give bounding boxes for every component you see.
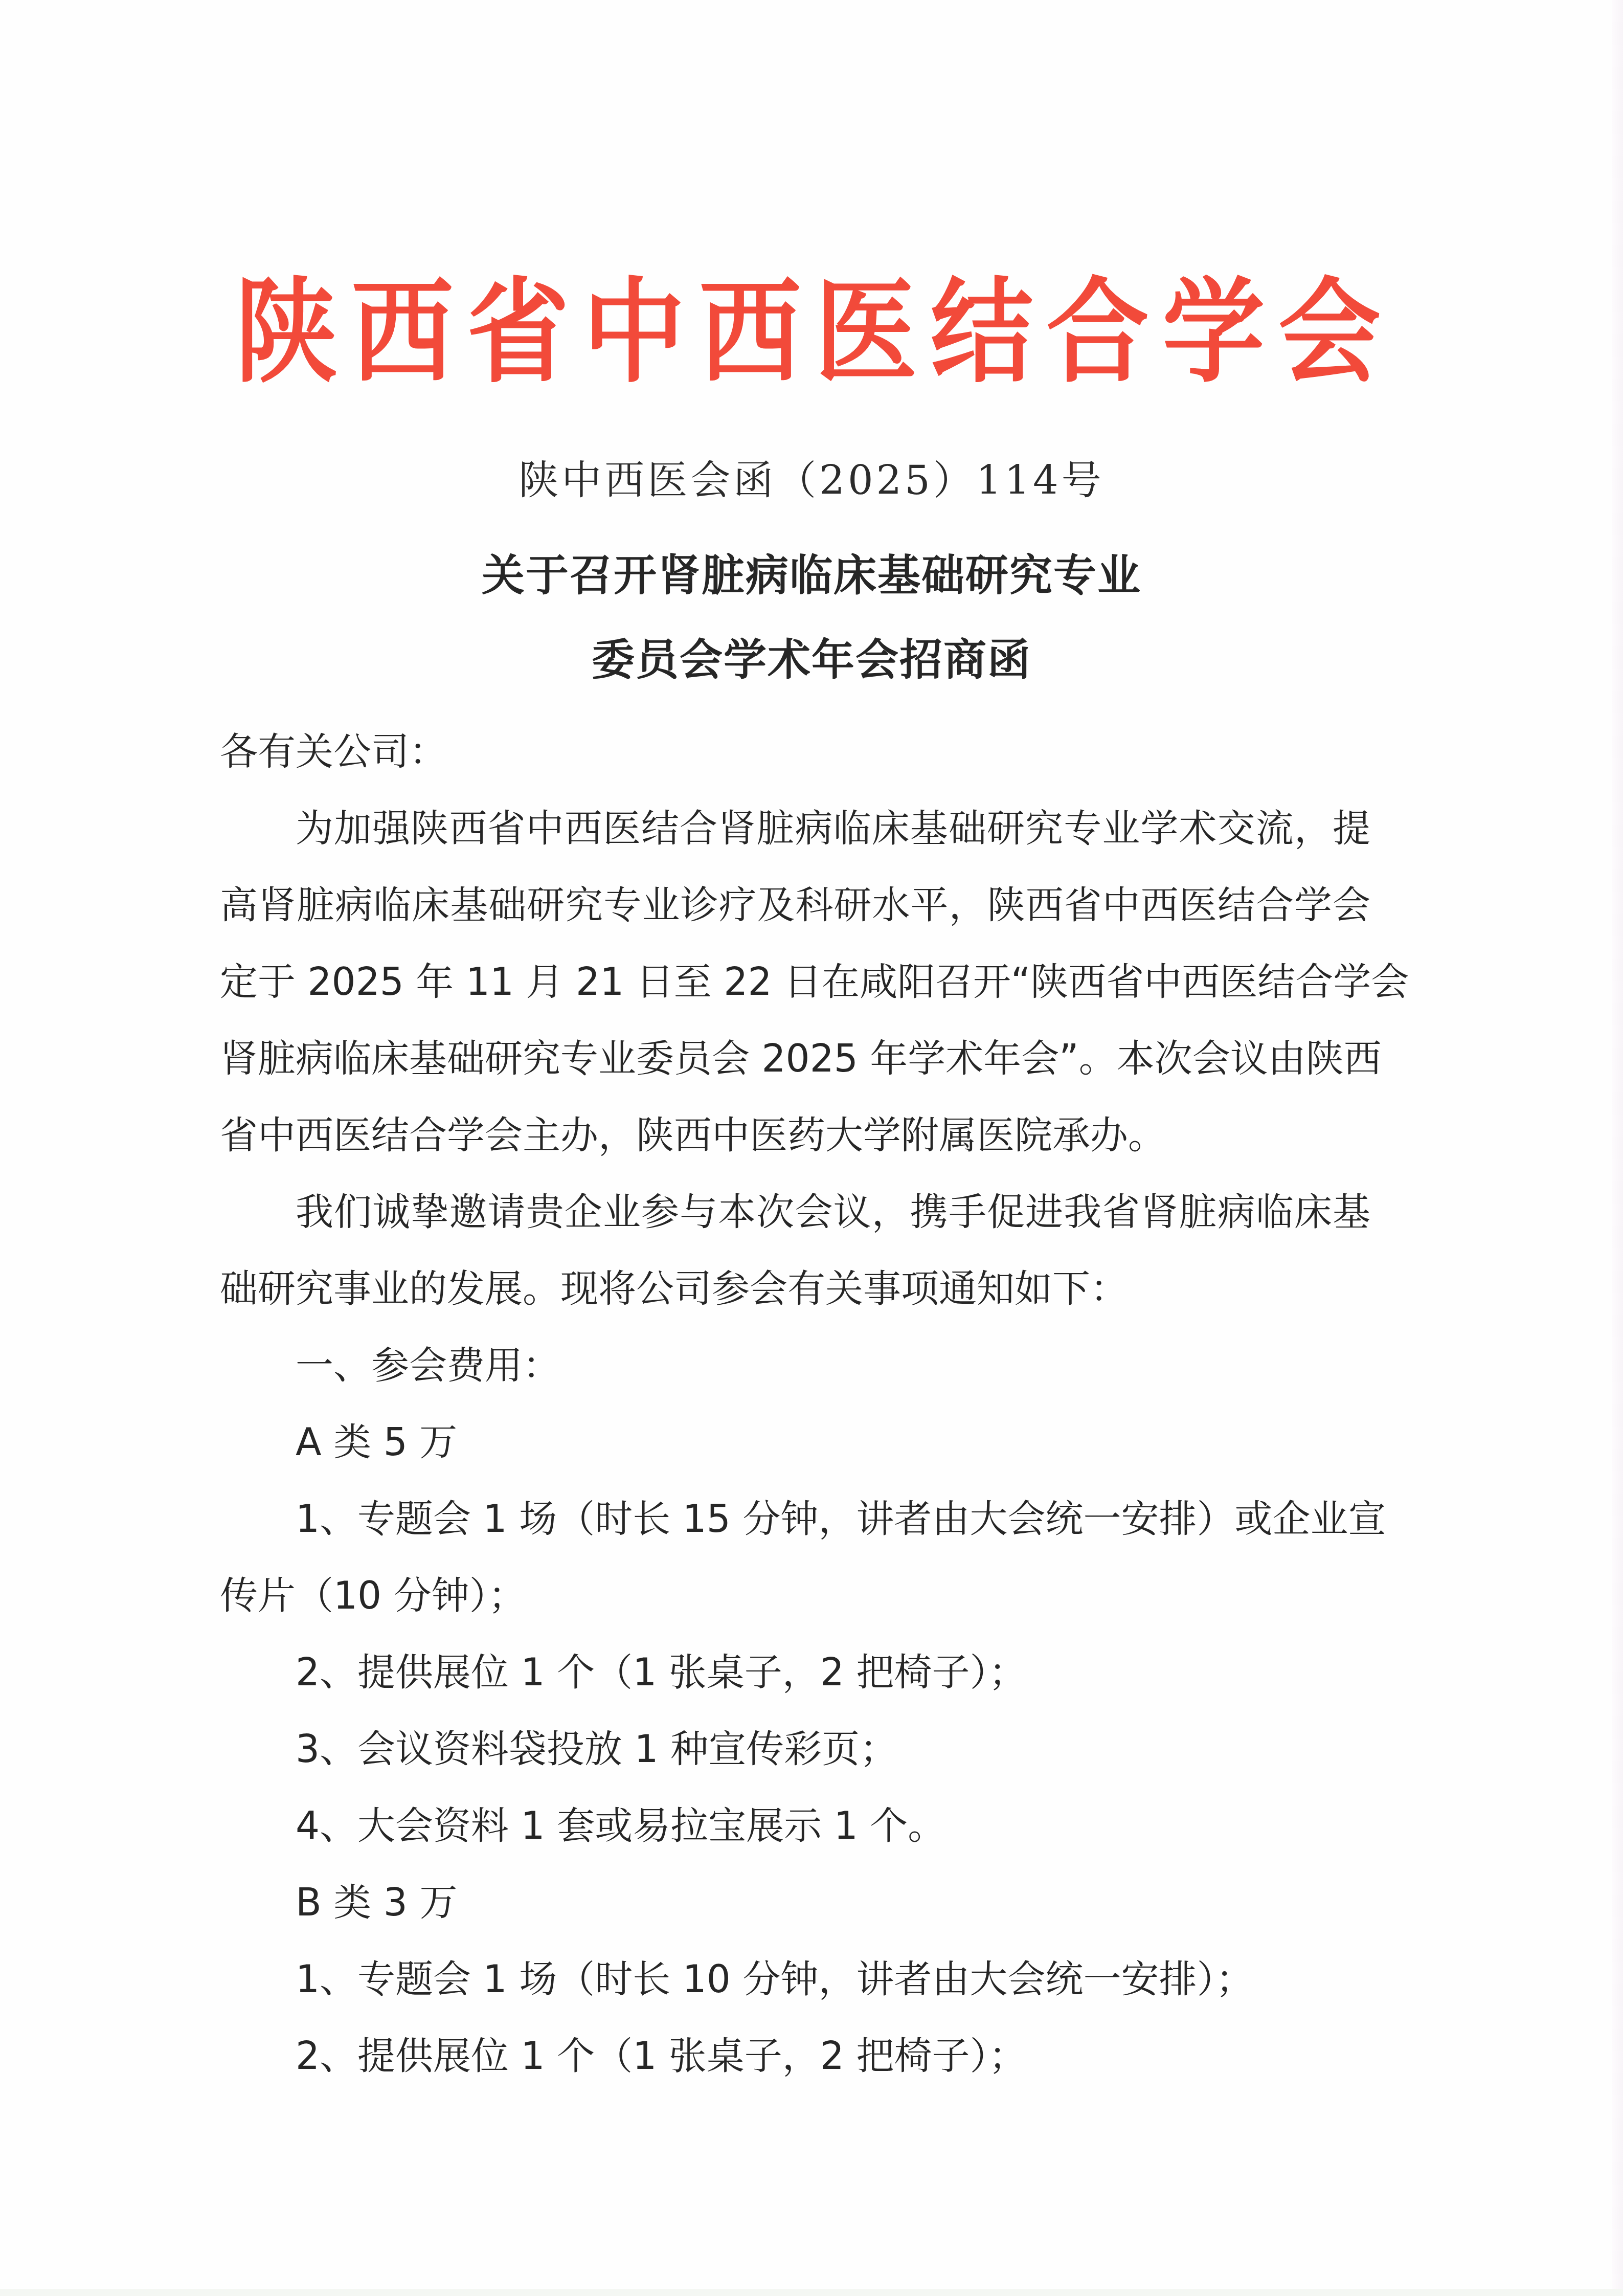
tier-a-item: 4、大会资料 1 套或易拉宝展示 1 个。 [296, 1788, 945, 1864]
tier-a-label: A 类 5 万 [296, 1404, 457, 1481]
document-number: 陕中西医会函（2025）114号 [0, 453, 1623, 509]
letterhead-char: 西 [699, 276, 801, 389]
paragraph-line: 定于 2025 年 11 月 21 日至 22 日在咸阳召开“陕西省中西医结合学… [220, 944, 1370, 1020]
document-page: 陕 西 省 中 西 医 结 合 学 会 陕中西医会函（2025）114号 关于召… [0, 0, 1623, 2296]
letterhead-char: 医 [815, 276, 917, 389]
paragraph-line: 省中西医结合学会主办，陕西中医药大学附属医院承办。 [220, 1097, 1166, 1174]
document-title-line-1: 关于召开肾脏病临床基础研究专业 [0, 545, 1623, 606]
letterhead-char: 会 [1278, 276, 1381, 389]
paragraph-line: 肾脏病临床基础研究专业委员会 2025 年学术年会”。本次会议由陕西 [220, 1020, 1370, 1097]
paragraph-line: 我们诚挚邀请贵企业参与本次会议，携手促进我省肾脏病临床基 [296, 1174, 1370, 1251]
letterhead-char: 学 [1162, 276, 1265, 389]
paragraph-line: 为加强陕西省中西医结合肾脏病临床基础研究专业学术交流，提 [296, 790, 1370, 867]
paragraph-line: 础研究事业的发展。现将公司参会有关事项通知如下： [220, 1251, 1128, 1327]
tier-a-item: 传片（10 分钟）； [220, 1557, 526, 1634]
scan-edge-right [1612, 0, 1623, 2296]
tier-b-label: B 类 3 万 [296, 1864, 457, 1941]
letterhead-char: 合 [1047, 276, 1149, 389]
document-body: 各有关公司： 为加强陕西省中西医结合肾脏病临床基础研究专业学术交流，提 高肾脏病… [220, 714, 1370, 2094]
section-heading-fees: 一、参会费用： [296, 1327, 560, 1404]
scan-edge-bottom [0, 2289, 1623, 2296]
letterhead-char: 西 [351, 276, 454, 389]
tier-b-item: 2、提供展位 1 个（1 张桌子，2 把椅子）； [296, 2018, 1026, 2094]
letterhead-char: 省 [467, 276, 569, 389]
letterhead-char: 中 [583, 276, 685, 389]
salutation: 各有关公司： [220, 714, 447, 790]
tier-a-item: 3、会议资料袋投放 1 种宣传彩页； [296, 1711, 897, 1788]
letterhead-organization: 陕 西 省 中 西 医 结 合 学 会 [235, 271, 1381, 394]
letterhead-char: 陕 [235, 276, 337, 389]
tier-a-item: 2、提供展位 1 个（1 张桌子，2 把椅子）； [296, 1634, 1026, 1711]
letterhead-char: 结 [931, 276, 1033, 389]
tier-a-item: 1、专题会 1 场（时长 15 分钟，讲者由大会统一安排）或企业宣 [296, 1481, 1370, 1557]
document-title-line-2: 委员会学术年会招商函 [0, 629, 1623, 690]
paragraph-line: 高肾脏病临床基础研究专业诊疗及科研水平，陕西省中西医结合学会 [220, 867, 1370, 944]
tier-b-item: 1、专题会 1 场（时长 10 分钟，讲者由大会统一安排）； [296, 1941, 1253, 2018]
